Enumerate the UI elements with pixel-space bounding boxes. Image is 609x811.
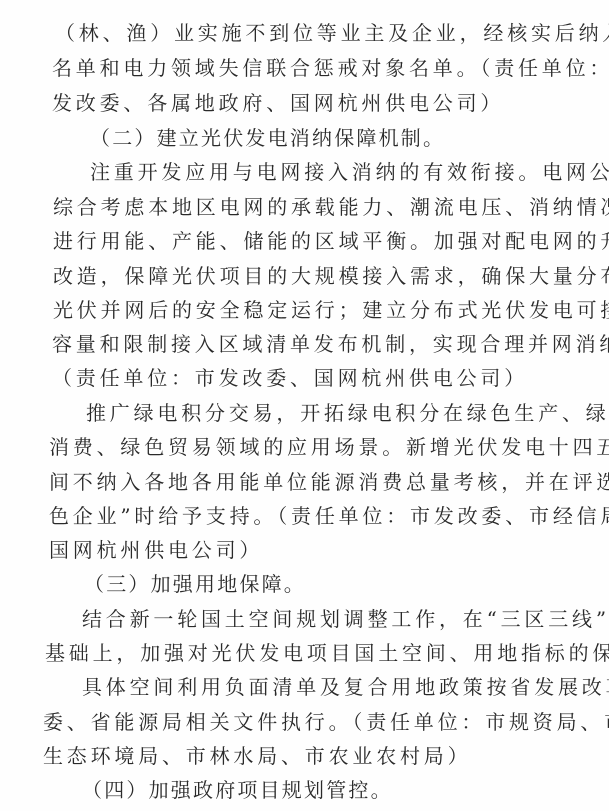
text-line-continuation: （林、渔）业实施不到位等业主及企业，经核实后纳入黑 [55, 18, 609, 48]
paragraph-line: 具体空间利用负面清单及复合用地政策按省发展改革 [82, 672, 609, 702]
paragraph-line: 进行用能、产能、储能的区域平衡。加强对配电网的升级 [53, 226, 609, 256]
document-page: （林、渔）业实施不到位等业主及企业，经核实后纳入黑 名单和电力领域失信联合惩戒对… [0, 0, 609, 811]
section-heading-3: （三）加强用地保障。 [84, 569, 306, 599]
section-heading-4: （四）加强政府项目规划管控。 [82, 775, 393, 805]
paragraph-line: 光伏并网后的安全稳定运行；建立分布式光伏发电可接入 [53, 295, 609, 325]
responsibility-note: 发改委、各属地政府、国网杭州供电公司） [52, 88, 504, 118]
paragraph-line: 推广绿电积分交易，开拓绿电积分在绿色生产、绿色 [86, 398, 609, 428]
responsibility-note: 国网杭州供电公司） [49, 535, 263, 565]
paragraph-line: 消费、绿色贸易领域的应用场景。新增光伏发电十四五期 [49, 432, 609, 462]
responsibility-note: （责任单位：市发改委、国网杭州供电公司） [52, 363, 528, 393]
paragraph-line: 间不纳入各地各用能单位能源消费总量考核，并在评选“绿 [49, 467, 609, 497]
paragraph-line: 容量和限制接入区域清单发布机制，实现合理并网消纳。 [52, 329, 609, 359]
paragraph-line: 基础上，加强对光伏发电项目国土空间、用地指标的保障。 [45, 638, 609, 668]
paragraph-line: 结合新一轮国土空间规划调整工作，在“三区三线”的 [82, 604, 609, 634]
paragraph-line: 注重开发应用与电网接入消纳的有效衔接。电网公司 [90, 157, 609, 187]
paragraph-line: 色企业”时给予支持。（责任单位：市发改委、市经信局、 [49, 501, 609, 531]
responsibility-note: 生态环境局、市林水局、市农业农村局） [43, 741, 471, 771]
paragraph-line: 改造，保障光伏项目的大规模接入需求，确保大量分布式 [53, 261, 609, 291]
paragraph-line: 综合考虑本地区电网的承载能力、潮流电压、消纳情况， [53, 192, 609, 222]
text-line-continuation: 名单和电力领域失信联合惩戒对象名单。（责任单位：市 [52, 53, 609, 83]
section-heading-2: （二）建立光伏发电消纳保障机制。 [90, 123, 445, 153]
paragraph-line: 委、省能源局相关文件执行。（责任单位：市规资局、市 [43, 707, 609, 737]
